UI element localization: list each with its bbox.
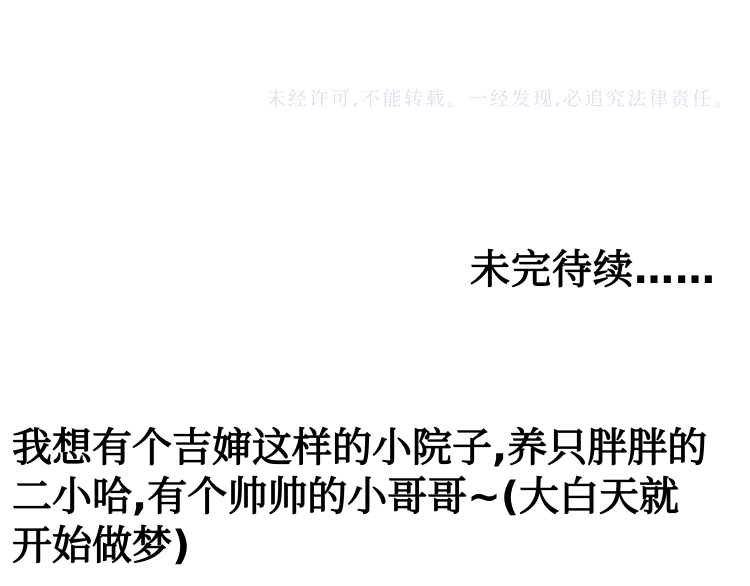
author-note-line-1: 我想有个吉婶这样的小院子,养只胖胖的 bbox=[12, 424, 744, 473]
author-note: 我想有个吉婶这样的小院子,养只胖胖的 二小哈,有个帅帅的小哥哥~(大白天就 开始… bbox=[12, 424, 744, 571]
author-note-line-2: 二小哈,有个帅帅的小哥哥~(大白天就 bbox=[12, 473, 744, 522]
comic-page: 未经许可,不能转载。一经发现,必追究法律责任。 未完待续…… 我想有个吉婶这样的… bbox=[0, 0, 750, 586]
to-be-continued-text: 未完待续…… bbox=[470, 238, 716, 295]
author-note-line-3: 开始做梦) bbox=[12, 522, 744, 571]
copyright-watermark: 未经许可,不能转载。一经发现,必追究法律责任。 bbox=[266, 84, 735, 111]
